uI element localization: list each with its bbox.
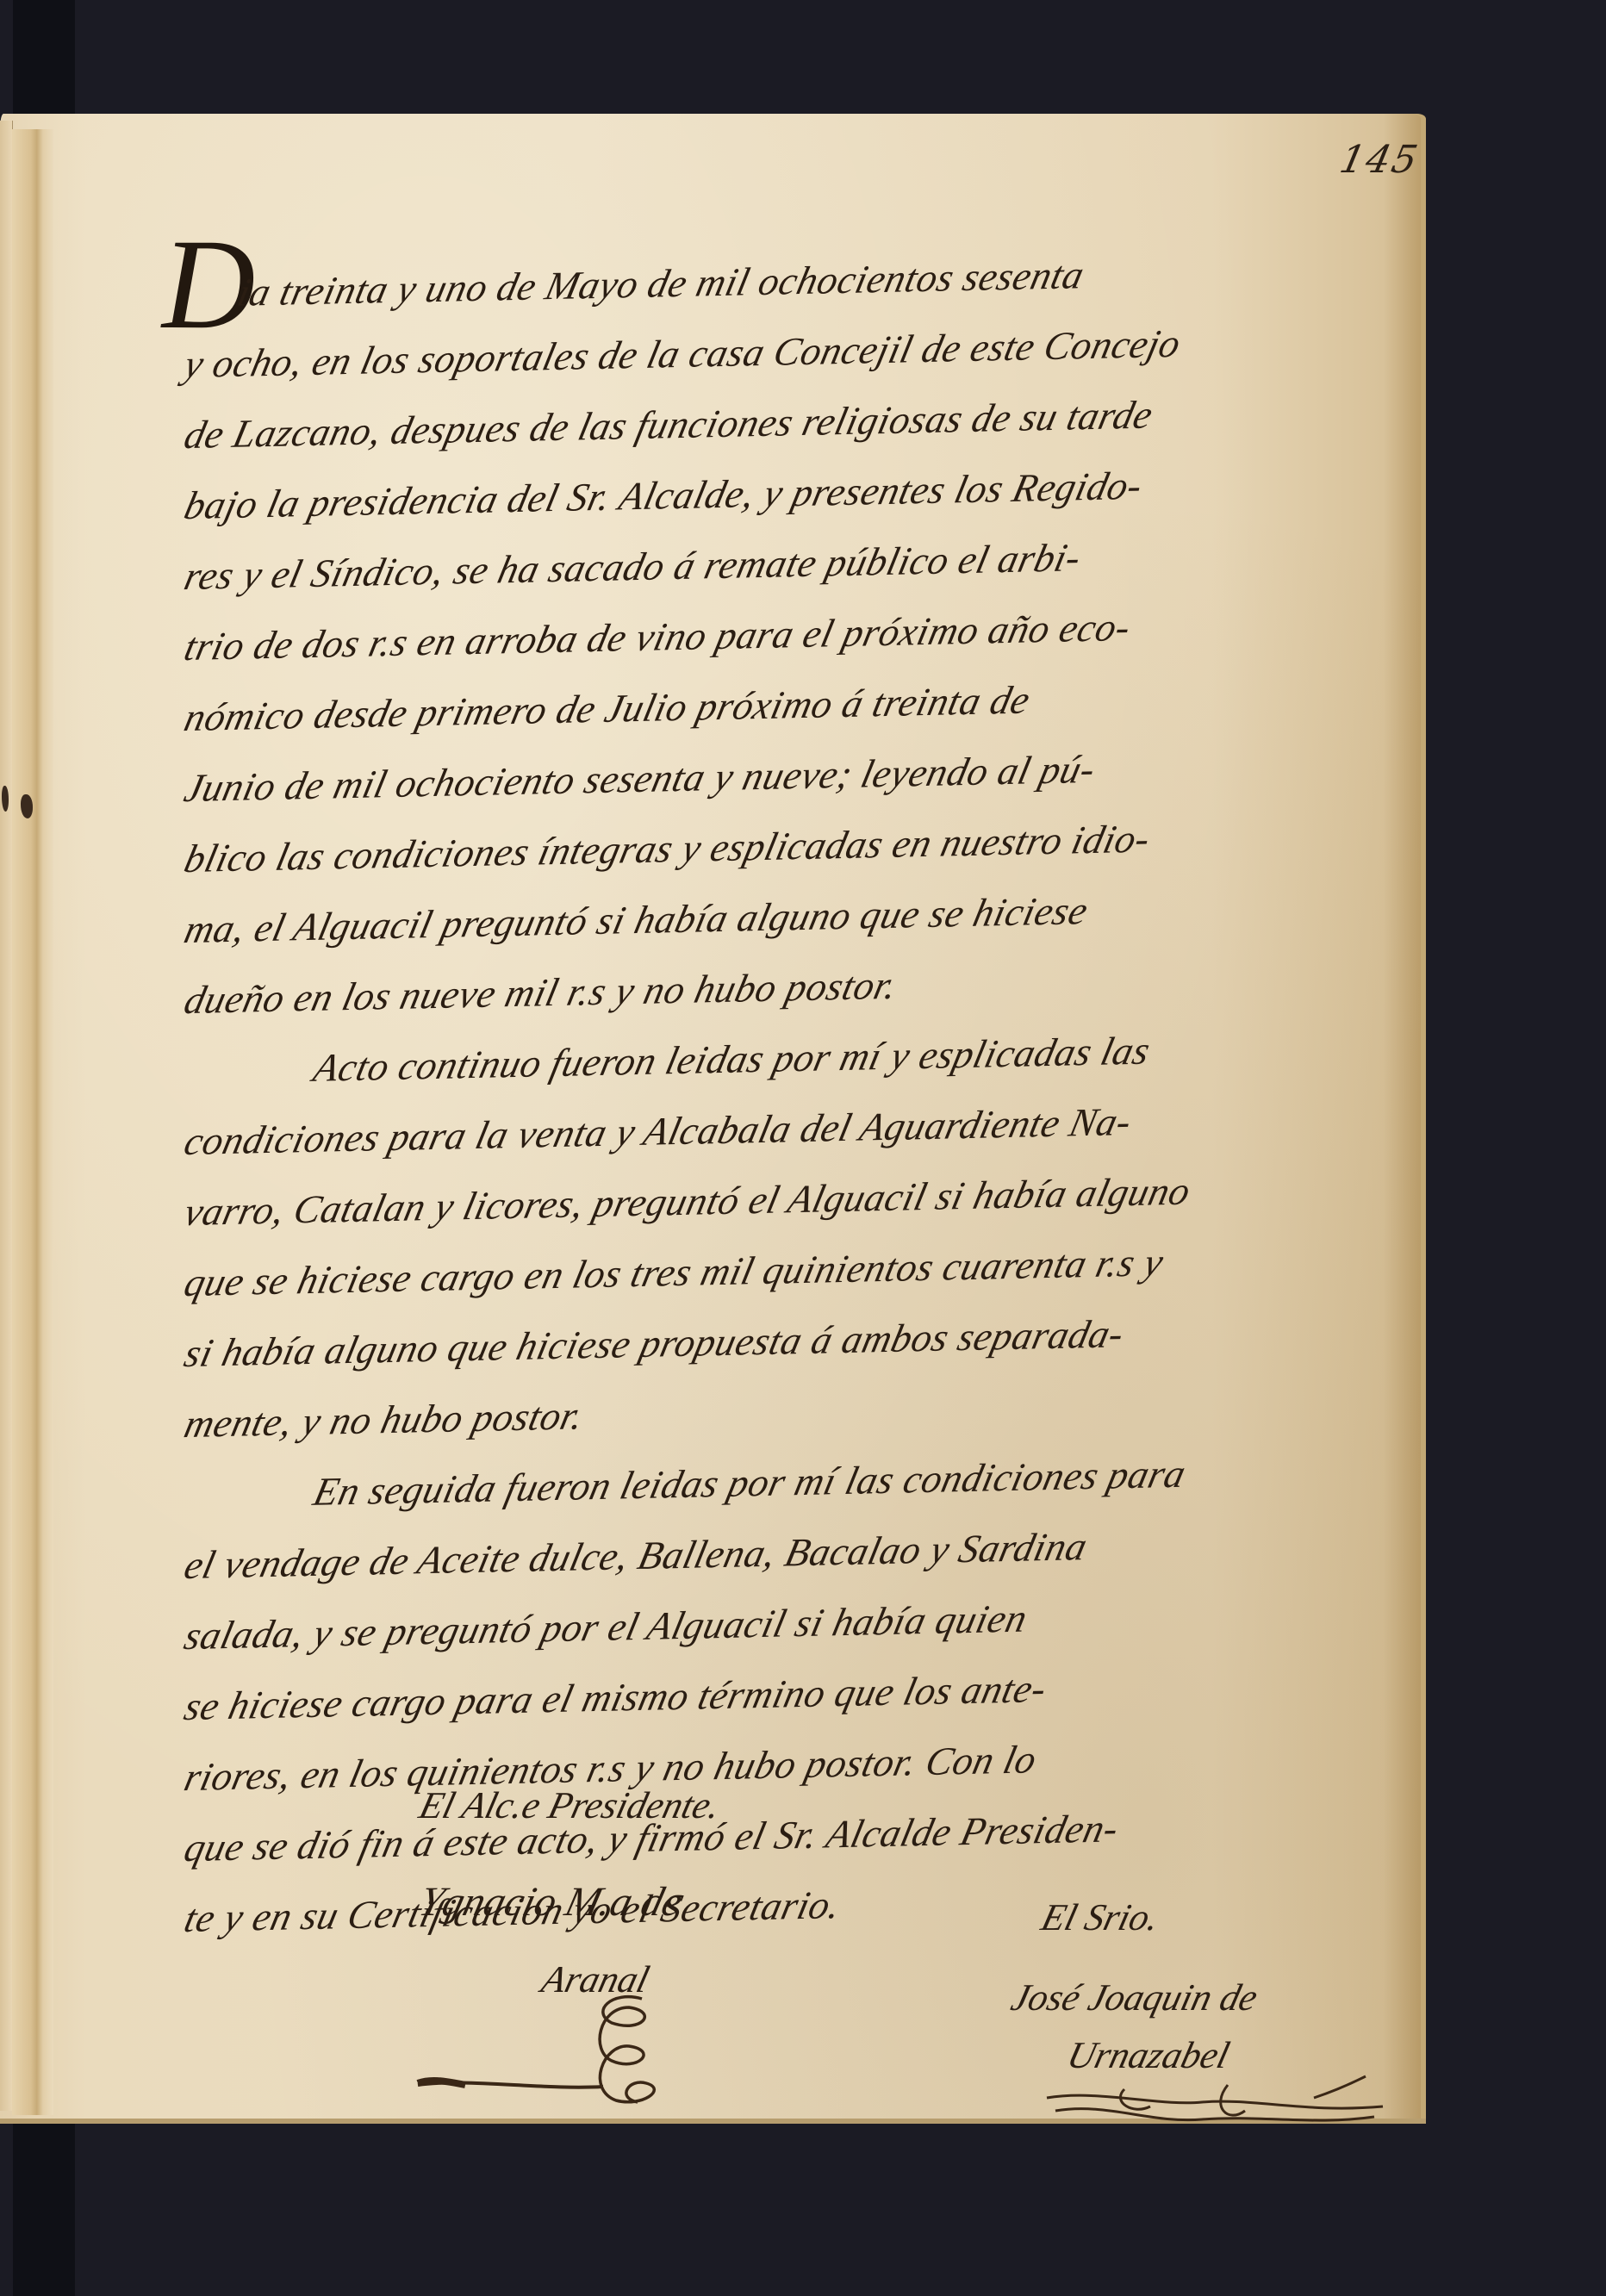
secretary-name-line-1: José Joaquin de (1007, 1976, 1262, 2019)
facing-page-edge (0, 121, 13, 2111)
ink-stain (21, 794, 33, 818)
manuscript-body: ia treinta y uno de Mayo de mil ochocien… (185, 258, 1409, 1954)
page-number: 145 (1336, 138, 1423, 182)
president-name-line-1: Ygnacio M.a de (414, 1878, 687, 1926)
secretary-name-line-2: Urnazabel (1063, 2033, 1234, 2077)
ink-stain (2, 786, 9, 812)
secretary-title: El Srio. (1037, 1895, 1164, 1939)
binding-gutter (12, 129, 53, 2115)
president-rubric (414, 1982, 698, 2111)
president-title: El Alc.e Presidente. (415, 1783, 725, 1827)
secretary-rubric (1030, 2072, 1391, 2141)
